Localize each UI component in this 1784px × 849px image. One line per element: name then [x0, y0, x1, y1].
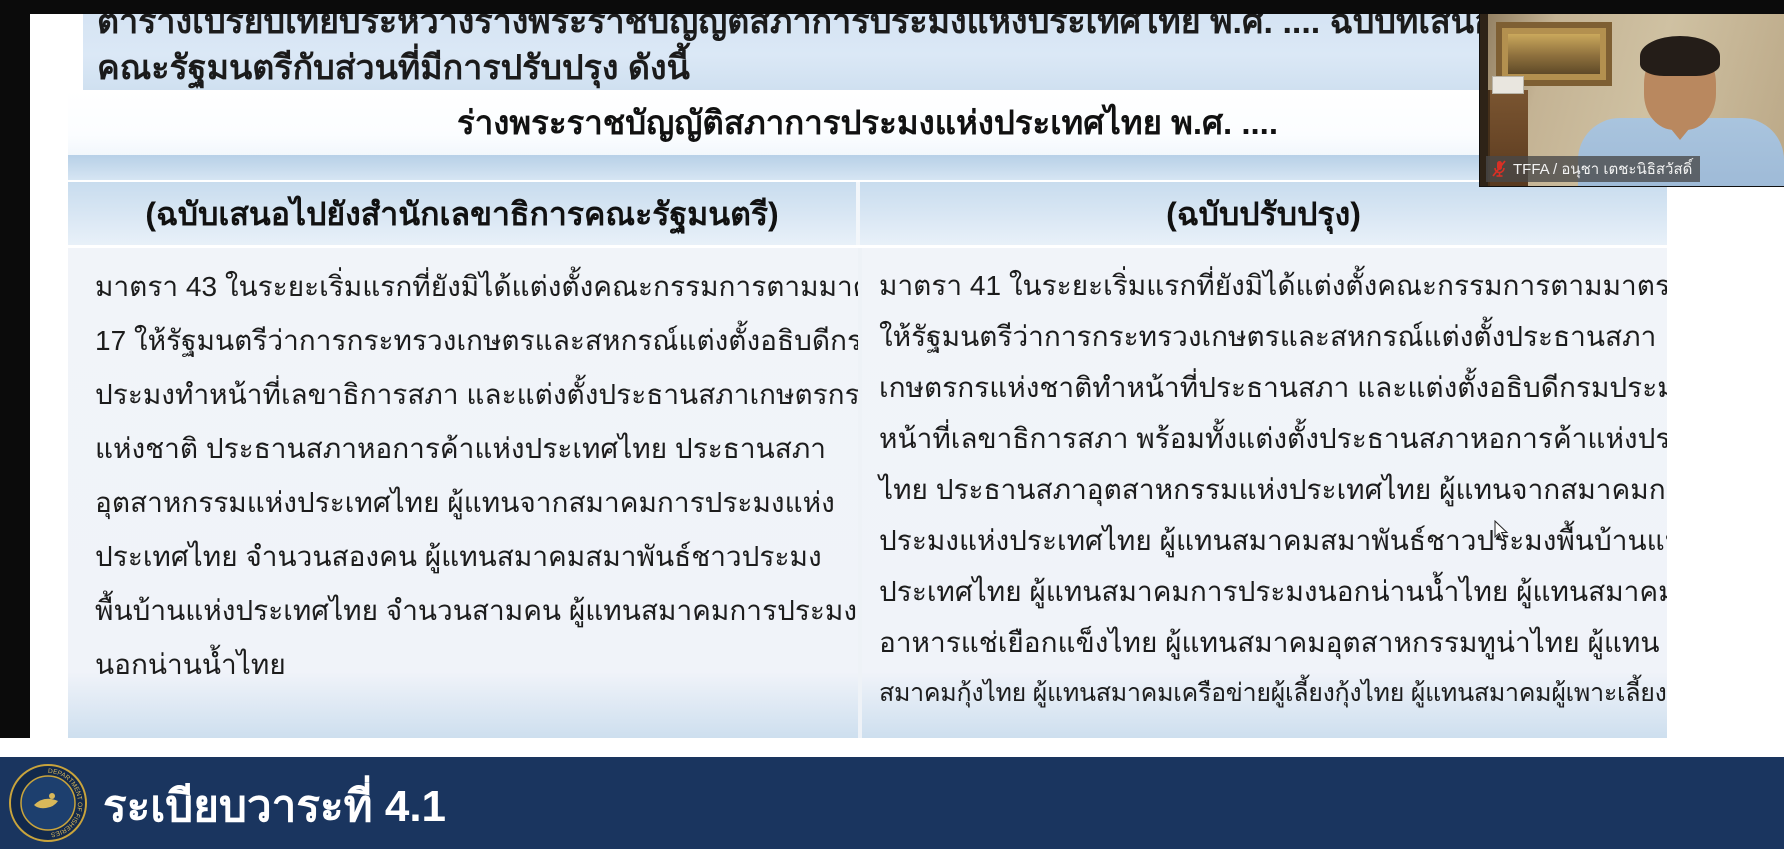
text-line: อุตสาหกรรมแห่งประเทศไทย ผู้แทนจากสมาคมกา…: [95, 476, 848, 530]
text-line: นอกน่านน้ำไทย: [95, 638, 848, 692]
mouse-cursor: [1494, 520, 1510, 542]
table-column-headers: (ฉบับเสนอไปยังสำนักเลขาธิการคณะรัฐมนตรี)…: [68, 180, 1667, 247]
fisheries-seal-logo: DEPARTMENT OF FISHERIES: [8, 763, 88, 843]
footer-bar: DEPARTMENT OF FISHERIES ระเบียบวาระที่ 4…: [0, 757, 1784, 849]
text-line: ประมงแห่งประเทศไทย ผู้แทนสมาคมสมาพันธ์ชา…: [879, 515, 1659, 566]
top-letterbox-bar: [0, 0, 1784, 14]
text-line: เกษตรกรแห่งชาติทำหน้าที่ประธานสภา และแต่…: [879, 362, 1659, 413]
text-line: อาหารแช่เยือกแข็งไทย ผู้แทนสมาคมอุตสาหกร…: [879, 617, 1659, 668]
text-line: ประเทศไทย ผู้แทนสมาคมการประมงนอกน่านน้ำไ…: [879, 566, 1659, 617]
video-bg-box: [1492, 76, 1524, 94]
video-bg-picture: [1508, 34, 1600, 74]
slide-bottom-margin: [0, 738, 1784, 757]
table-title: ร่างพระราชบัญญัติสภาการประมงแห่งประเทศไท…: [68, 90, 1667, 157]
column-header-original: (ฉบับเสนอไปยังสำนักเลขาธิการคณะรัฐมนตรี): [68, 182, 856, 247]
left-letterbox-bar: [0, 0, 30, 741]
participant-video-tile[interactable]: TFFA / อนุชา เตชะนิธิสวัสดิ์: [1480, 14, 1784, 186]
cell-original-text: มาตรา 43 ในระยะเริ่มแรกที่ยังมิได้แต่งตั…: [68, 248, 858, 741]
text-line: มาตรา 41 ในระยะเริ่มแรกที่ยังมิได้แต่งตั…: [879, 260, 1659, 311]
text-line: สมาคมกุ้งไทย ผู้แทนสมาคมเครือข่ายผู้เลี้…: [879, 668, 1659, 719]
participant-hair: [1640, 36, 1720, 76]
text-line: 17 ให้รัฐมนตรีว่าการกระทรวงเกษตรและสหกรณ…: [95, 314, 848, 368]
participant-name-text: TFFA / อนุชา เตชะนิธิสวัสดิ์: [1513, 157, 1692, 181]
column-header-revised: (ฉบับปรับปรุง): [856, 182, 1667, 247]
text-line: พื้นบ้านแห่งประเทศไทย จำนวนสามคน ผู้แทนส…: [95, 584, 848, 638]
slide-title-line2: คณะรัฐมนตรีกับส่วนที่มีการปรับปรุง ดังนี…: [97, 40, 1657, 91]
participant-name-tag: TFFA / อนุชา เตชะนิธิสวัสดิ์: [1486, 156, 1700, 182]
text-line: มาตรา 43 ในระยะเริ่มแรกที่ยังมิได้แต่งตั…: [95, 260, 848, 314]
text-line: ประมงทำหน้าที่เลขาธิการสภา และแต่งตั้งปร…: [95, 368, 848, 422]
text-line: ให้รัฐมนตรีว่าการกระทรวงเกษตรและสหกรณ์แต…: [879, 311, 1659, 362]
text-line: ไทย ประธานสภาอุตสาหกรรมแห่งประเทศไทย ผู้…: [879, 464, 1659, 515]
text-line: หน้าที่เลขาธิการสภา พร้อมทั้งแต่งตั้งประ…: [879, 413, 1659, 464]
table-body-row: มาตรา 43 ในระยะเริ่มแรกที่ยังมิได้แต่งตั…: [68, 245, 1667, 741]
microphone-muted-icon: [1491, 160, 1507, 178]
comparison-table: ร่างพระราชบัญญัติสภาการประมงแห่งประเทศไท…: [68, 90, 1667, 738]
table-spacer-band: [68, 155, 1667, 180]
text-line: แห่งชาติ ประธานสภาหอการค้าแห่งประเทศไทย …: [95, 422, 848, 476]
text-line: ประเทศไทย จำนวนสองคน ผู้แทนสมาคมสมาพันธ์…: [95, 530, 848, 584]
agenda-item-label: ระเบียบวาระที่ 4.1: [103, 771, 446, 841]
cell-revised-text: มาตรา 41 ในระยะเริ่มแรกที่ยังมิได้แต่งตั…: [858, 248, 1667, 741]
